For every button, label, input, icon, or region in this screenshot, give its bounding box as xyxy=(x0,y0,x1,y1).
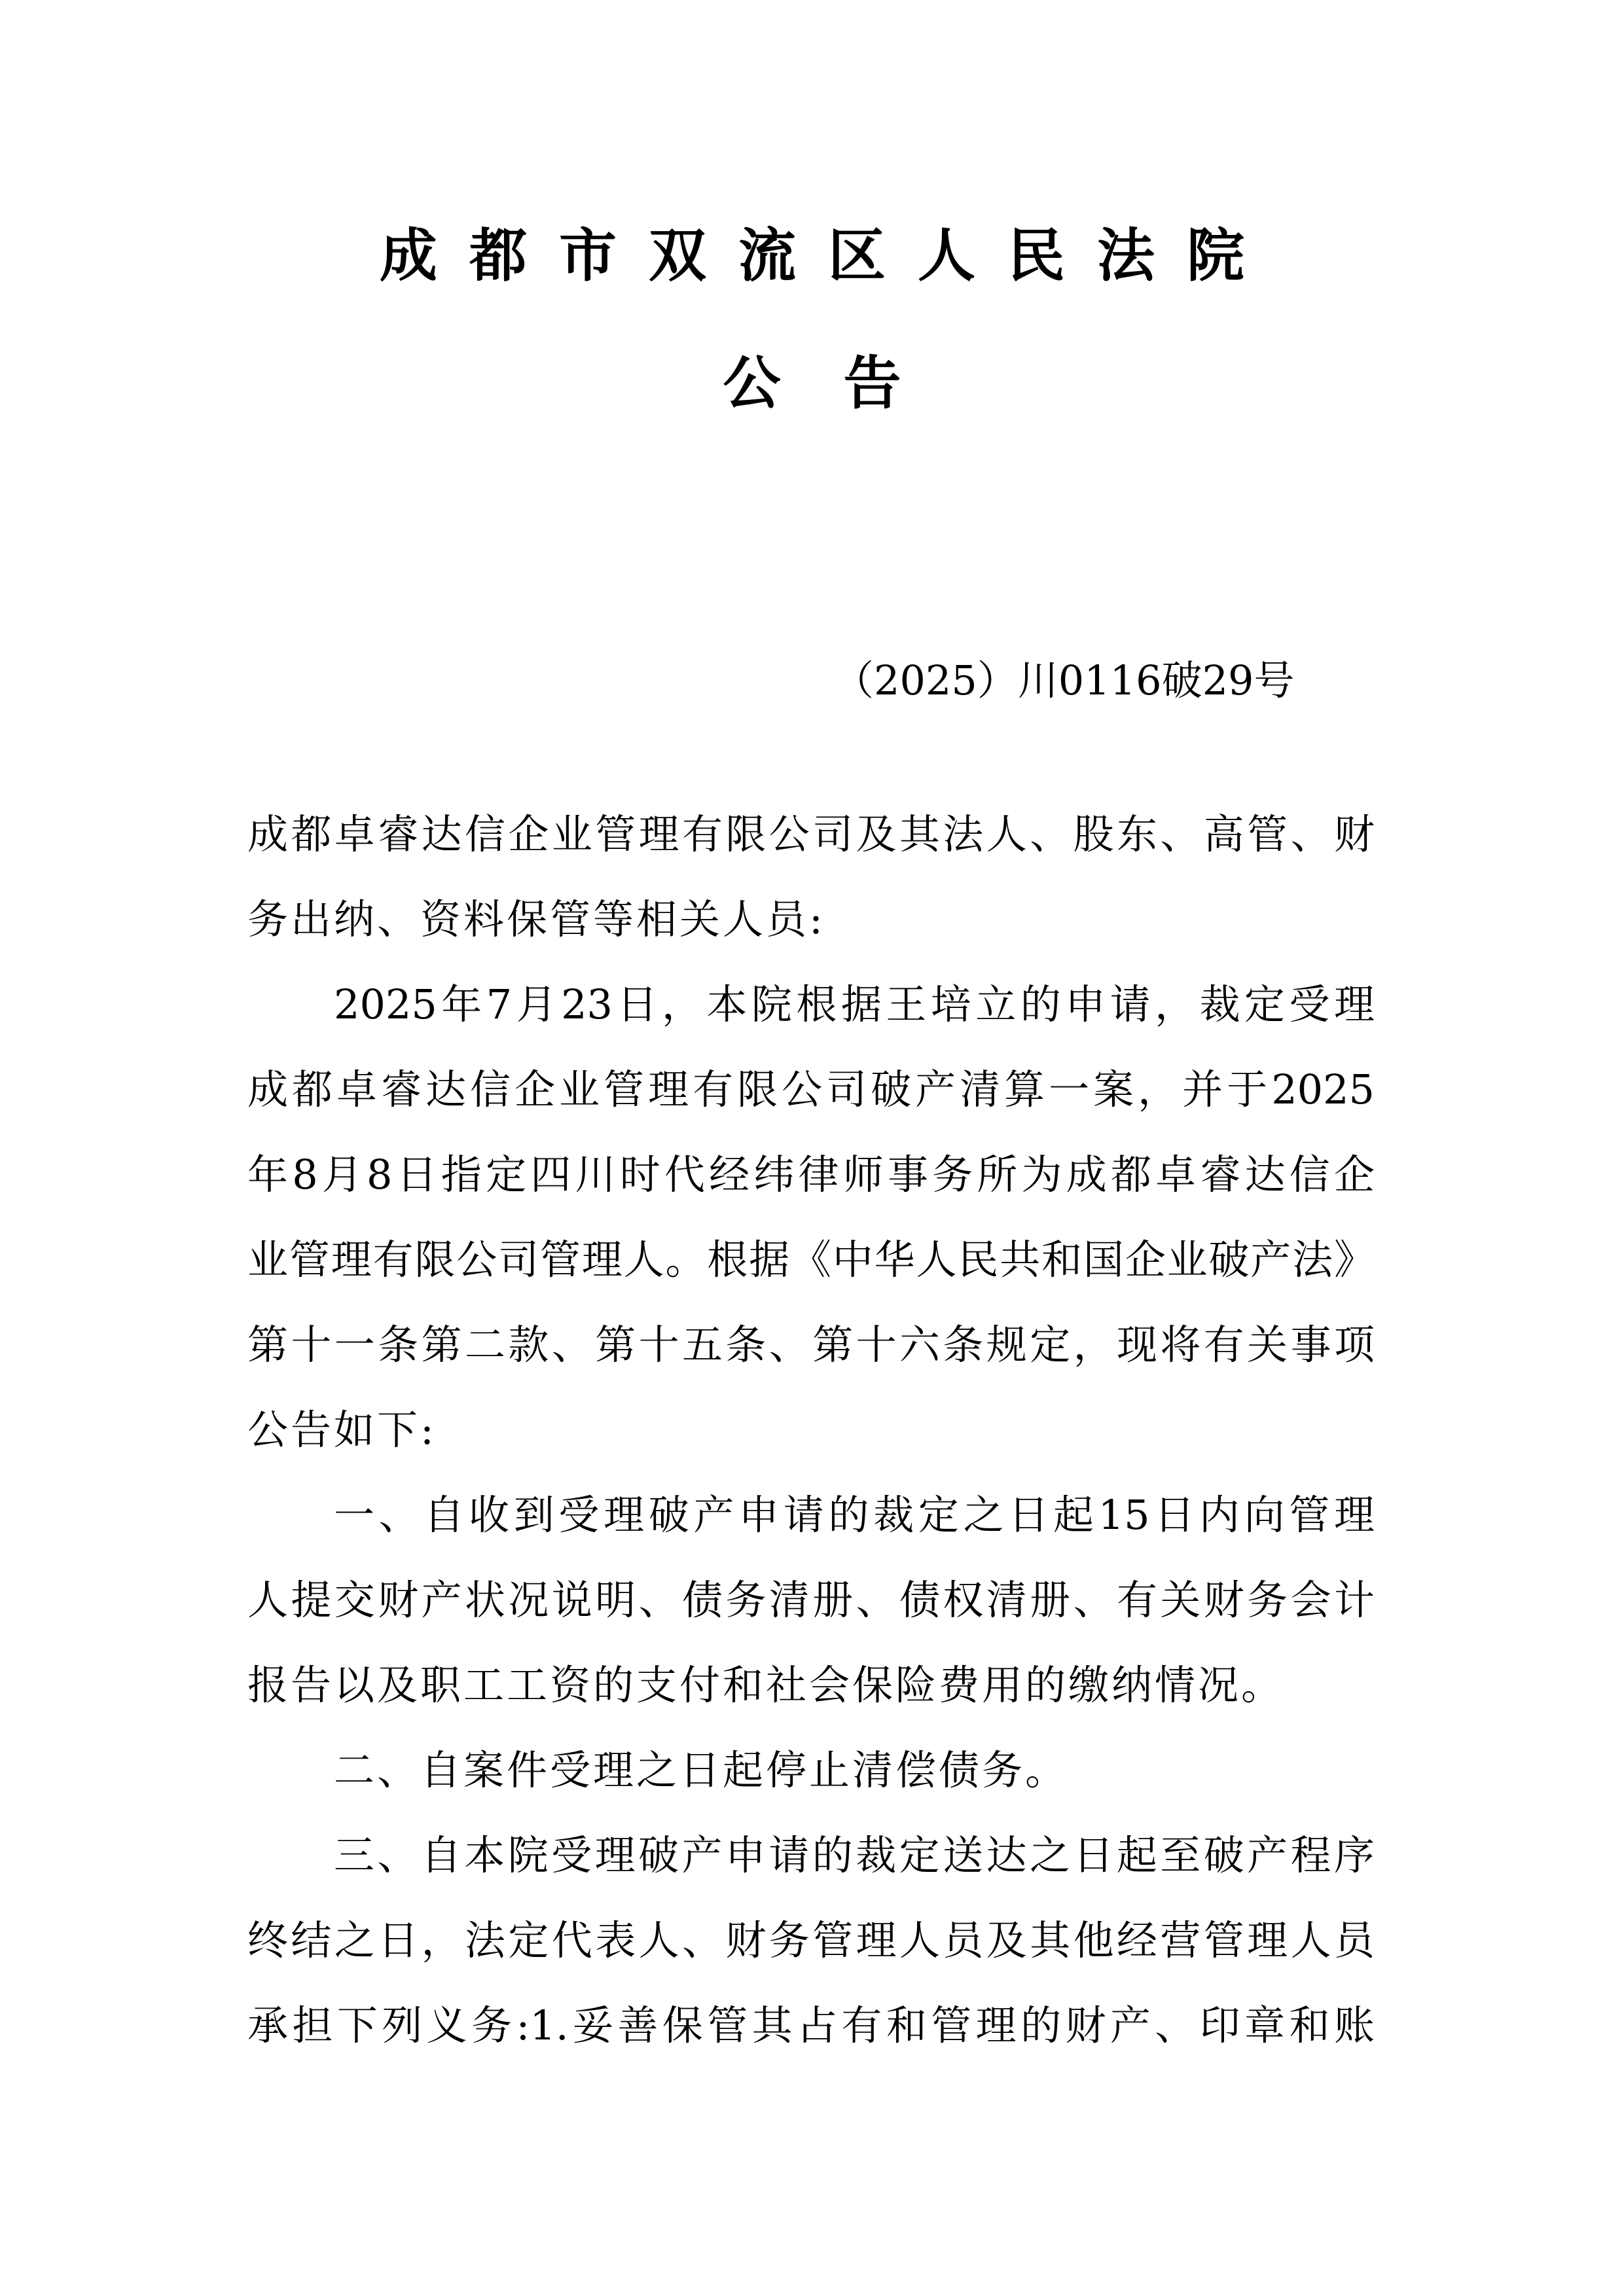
item-line: 二、自案件受理之日起停止清偿债务。 xyxy=(247,1728,1375,1813)
addressee-line: 务出纳、资料保管等相关人员: xyxy=(247,877,1375,962)
addressee-line: 成都卓睿达信企业管理有限公司及其法人、股东、高管、财 xyxy=(247,792,1375,877)
item-line: 一、自收到受理破产申请的裁定之日起15日内向管理 xyxy=(247,1473,1375,1558)
paragraph-line: 年8月8日指定四川时代经纬律师事务所为成都卓睿达信企 xyxy=(247,1132,1375,1217)
paragraph-line: 成都卓睿达信企业管理有限公司破产清算一案，并于2025 xyxy=(247,1047,1375,1132)
document-page: 成都市双流区人民法院 公告 （2025）川0116破29号 成都卓睿达信企业管理… xyxy=(0,0,1624,2296)
paragraph-line: 2025年7月23日，本院根据王培立的申请，裁定受理 xyxy=(247,962,1375,1047)
item-line: 终结之日，法定代表人、财务管理人员及其他经营管理人员 xyxy=(247,1898,1375,1983)
paragraph-line: 业管理有限公司管理人。根据《中华人民共和国企业破产法》 xyxy=(247,1217,1375,1302)
item-line: 承担下列义务:1.妥善保管其占有和管理的财产、印章和账 xyxy=(247,1983,1375,2068)
case-number: （2025）川0116破29号 xyxy=(833,638,1288,723)
document-type-heading: 公告 xyxy=(0,344,1624,422)
item-line: 三、自本院受理破产申请的裁定送达之日起至破产程序 xyxy=(247,1813,1375,1898)
court-name-heading: 成都市双流区人民法院 xyxy=(0,216,1624,295)
paragraph-line: 第十一条第二款、第十五条、第十六条规定，现将有关事项 xyxy=(247,1302,1375,1388)
item-line: 报告以及职工工资的支付和社会保险费用的缴纳情况。 xyxy=(247,1643,1375,1728)
item-line: 人提交财产状况说明、债务清册、债权清册、有关财务会计 xyxy=(247,1558,1375,1643)
paragraph-line: 公告如下: xyxy=(247,1388,1375,1473)
